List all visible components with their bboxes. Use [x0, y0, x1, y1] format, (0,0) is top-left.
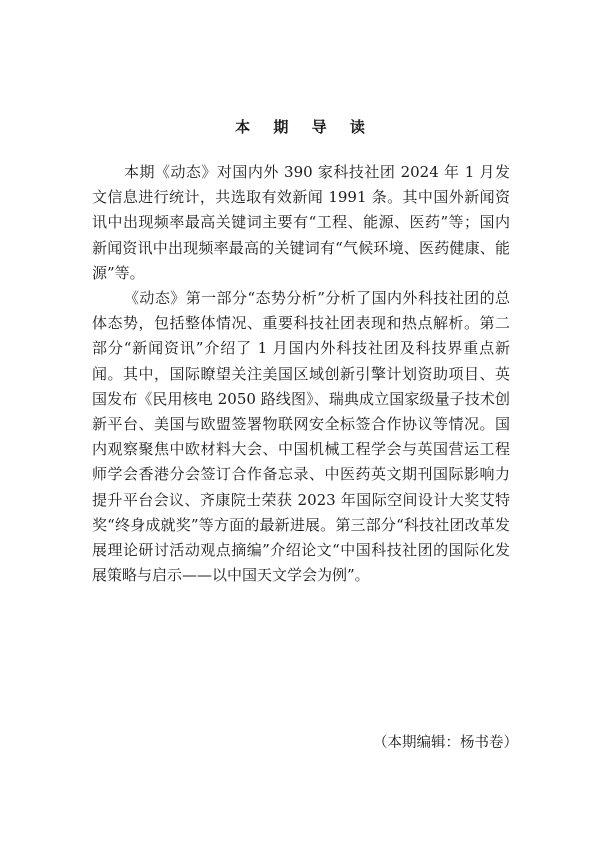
paragraph-overview: 本期《动态》对国内外 390 家科技社团 2024 年 1 月发文信息进行统计，…: [92, 160, 510, 286]
editor-note: （本期编辑：杨书卷）: [373, 733, 518, 753]
paragraph-sections: 《动态》第一部分“态势分析”分析了国内外科技社团的总体态势，包括整体情况、重要科…: [92, 286, 510, 588]
body-text: 本期《动态》对国内外 390 家科技社团 2024 年 1 月发文信息进行统计，…: [92, 160, 510, 588]
page-title: 本 期 导 读: [0, 117, 600, 137]
